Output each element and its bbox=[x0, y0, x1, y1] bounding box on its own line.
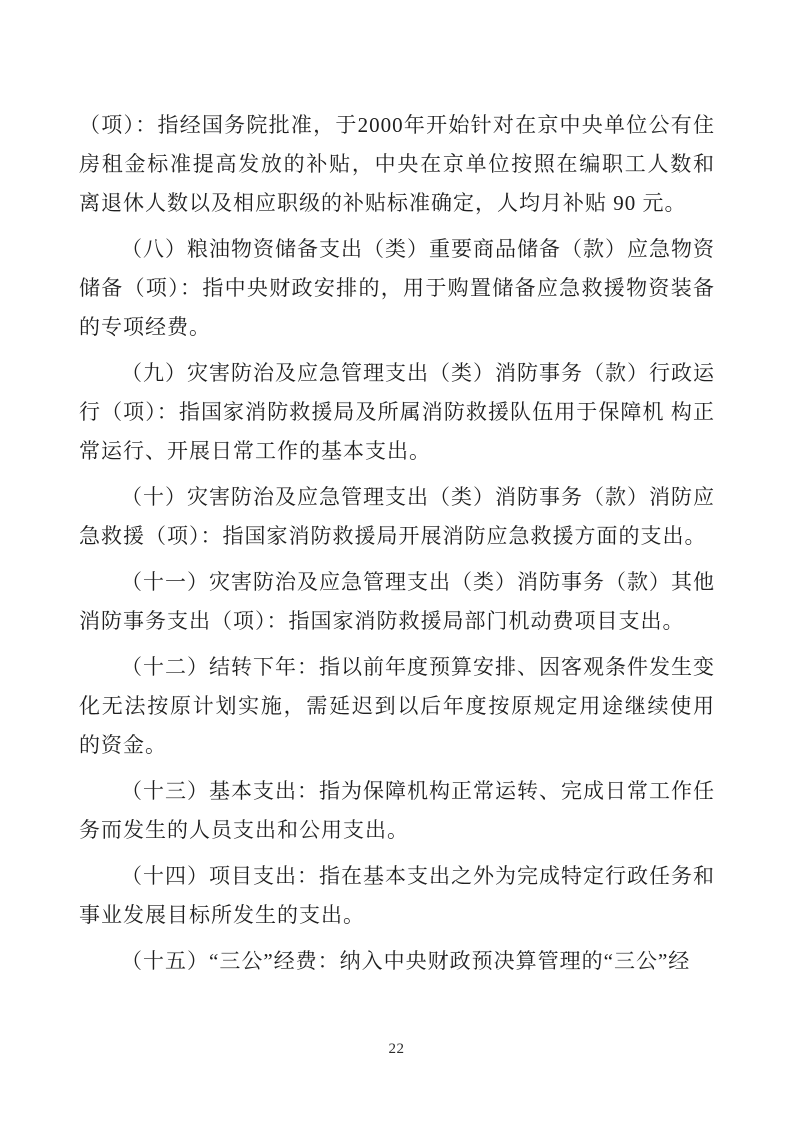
paragraph: （十三）基本支出：指为保障机构正常运转、完成日常工作任务而发生的人员支出和公用支… bbox=[79, 772, 715, 850]
paragraph: （十）灾害防治及应急管理支出（类）消防事务（款）消防应急救援（项）：指国家消防救… bbox=[79, 478, 715, 556]
paragraph: （十二）结转下年：指以前年度预算安排、因客观条件发生变化无法按原计划实施，需延迟… bbox=[79, 648, 715, 765]
paragraph: （八）粮油物资储备支出（类）重要商品储备（款）应急物资储备（项）：指中央财政安排… bbox=[79, 230, 715, 347]
paragraph: （九）灾害防治及应急管理支出（类）消防事务（款）行政运行（项）：指国家消防救援局… bbox=[79, 354, 715, 471]
document-page: （项）：指经国务院批准，于2000年开始针对在京中央单位公有住房租金标准提高发放… bbox=[0, 0, 793, 1122]
paragraph: （十四）项目支出：指在基本支出之外为完成特定行政任务和事业发展目标所发生的支出。 bbox=[79, 857, 715, 935]
document-body: （项）：指经国务院批准，于2000年开始针对在京中央单位公有住房租金标准提高发放… bbox=[79, 106, 715, 988]
page-number: 22 bbox=[0, 1039, 793, 1059]
paragraph: （项）：指经国务院批准，于2000年开始针对在京中央单位公有住房租金标准提高发放… bbox=[79, 106, 715, 223]
paragraph: （十一）灾害防治及应急管理支出（类）消防事务（款）其他消防事务支出（项）：指国家… bbox=[79, 563, 715, 641]
paragraph: （十五）“三公”经费：纳入中央财政预决算管理的“三公”经 bbox=[79, 942, 715, 981]
